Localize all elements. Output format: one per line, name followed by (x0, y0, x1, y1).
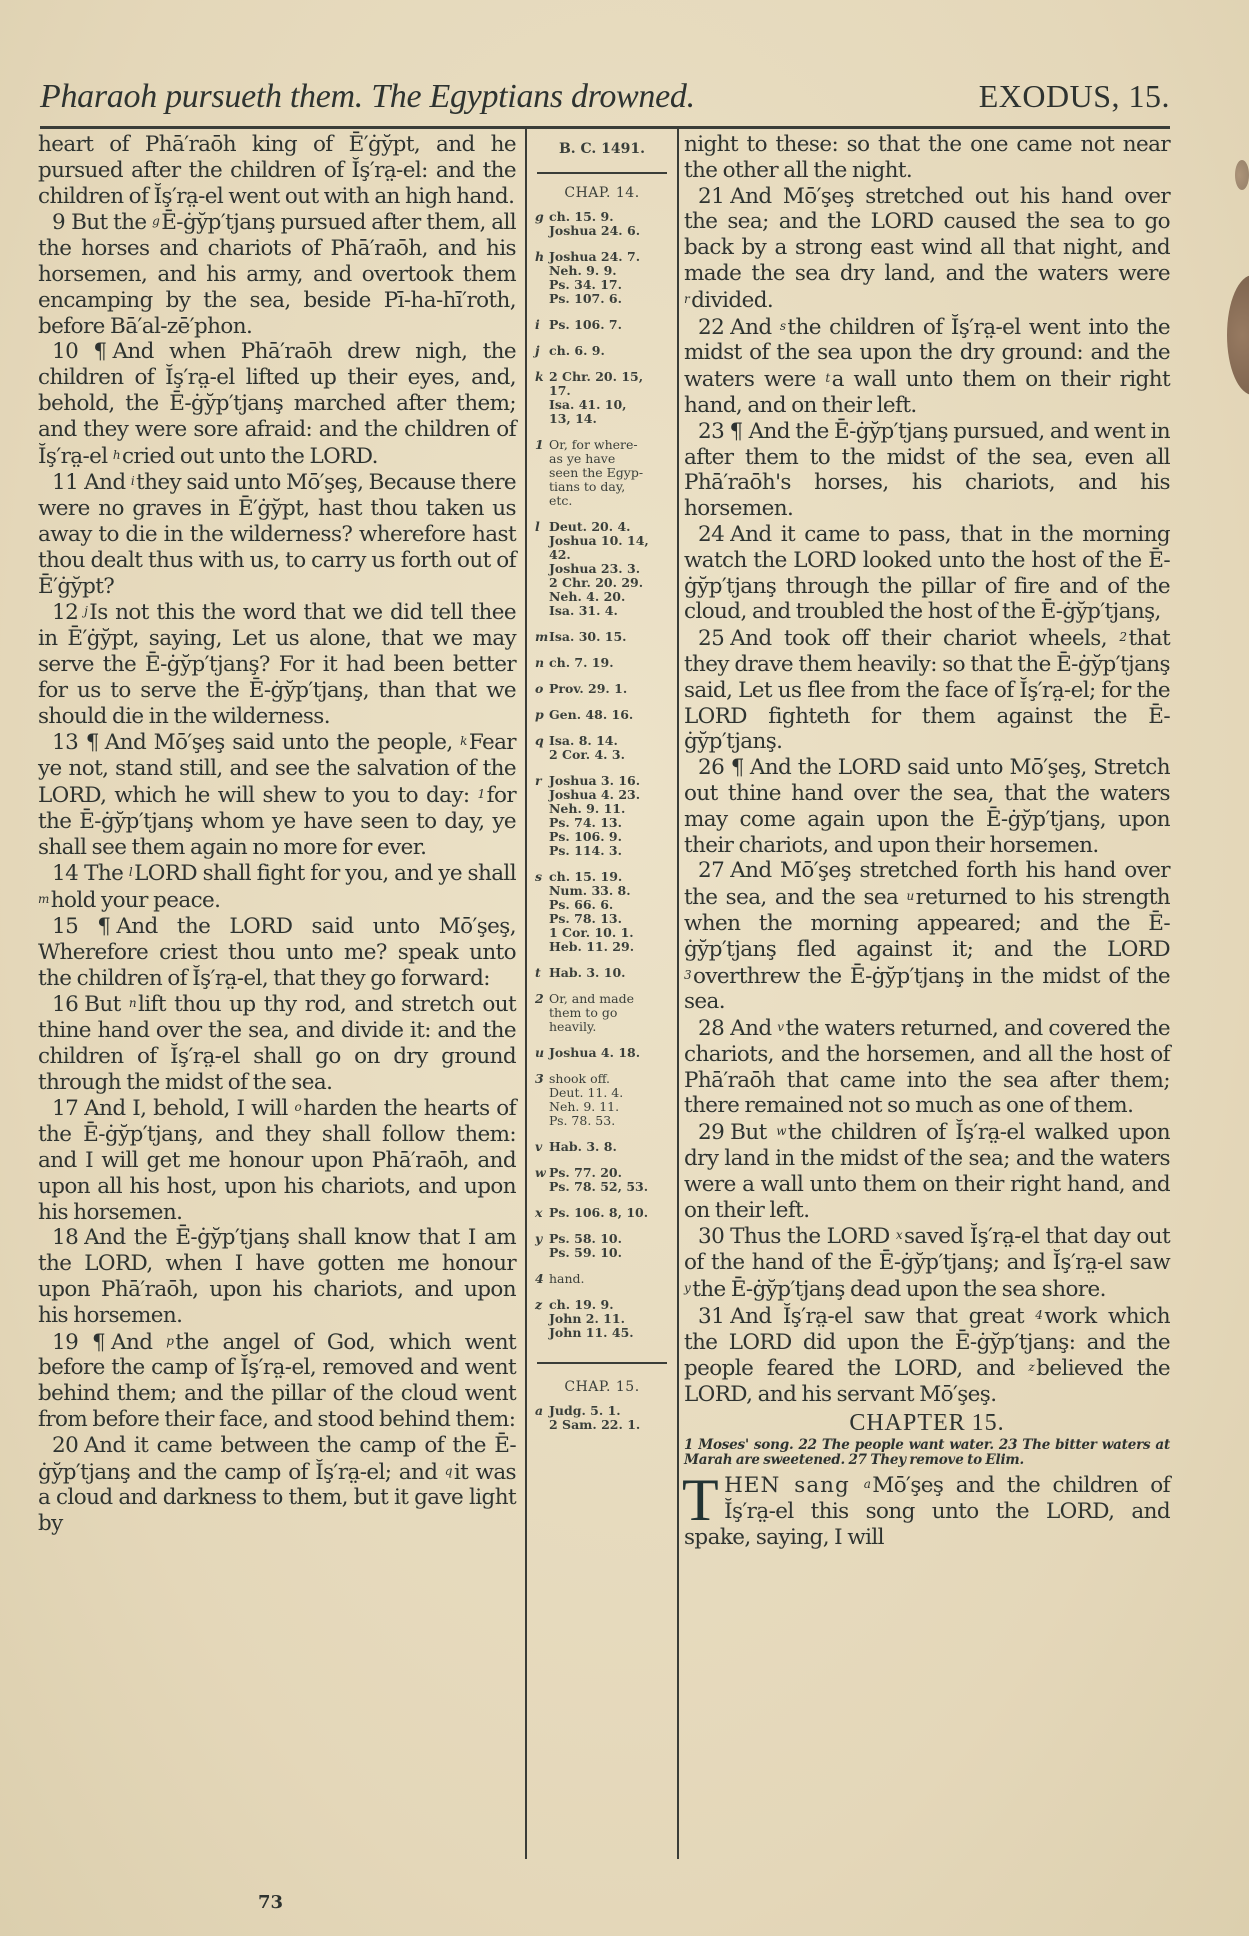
verse-number: 31 (698, 1304, 724, 1329)
cross-reference-entry: gch. 15. 9.Joshua 24. 6. (535, 210, 675, 238)
verse-number: 19 ¶ (52, 1330, 105, 1355)
drop-cap: T (682, 1476, 718, 1524)
cross-reference-entry: wPs. 77. 20.Ps. 78. 52, 53. (535, 1166, 675, 1194)
cross-reference-entry: nch. 7. 19. (535, 656, 675, 670)
verse-26: 26 ¶And the LORD said unto Mō′şeş, Stret… (684, 755, 1170, 858)
marginal-note-mark: 3 (684, 968, 691, 982)
reference-mark: r (535, 774, 549, 858)
verse-number: 22 (698, 315, 724, 340)
reference-line: John 11. 45. (549, 1326, 634, 1340)
verse-text: And Ĭş′ra̤-el saw that great (730, 1304, 1024, 1329)
cross-reference-entry: oProv. 29. 1. (535, 682, 675, 696)
reference-mark: n (535, 656, 549, 670)
verse-19: 19 ¶And pthe angel of God, which went be… (38, 1329, 516, 1433)
reference-line: Neh. 9. 11. (549, 1100, 623, 1114)
reference-line: Gen. 48. 16. (549, 708, 633, 722)
reference-line: Ps. 59. 10. (549, 1246, 622, 1260)
verse-13: 13 ¶And Mō′şeş said unto the people, kFe… (38, 729, 516, 860)
cross-reference-entry: sch. 15. 19.Num. 33. 8.Ps. 66. 6.Ps. 78.… (535, 870, 675, 954)
cross-reference-entry: k2 Chr. 20. 15,17.Isa. 41. 10,13, 14. (535, 370, 675, 426)
verse-number: 17 (52, 1096, 78, 1121)
verse-9: 9But the gĒ-ġy̆p′tjanş pursued after the… (38, 209, 516, 339)
reference-line: Ps. 106. 9. (549, 830, 640, 844)
reference-mark: t (825, 371, 829, 385)
verse-12: 12jIs not this the word that we did tell… (38, 599, 516, 729)
reference-line: ch. 7. 19. (549, 656, 614, 670)
verse-text: heart of Phā′raōh king of Ē′ġy̆pt, and h… (38, 132, 516, 209)
verse-25: 25And took off their chariot wheels, 2th… (684, 625, 1170, 755)
verse-text: And (730, 315, 780, 340)
reference-line: Isa. 30. 15. (549, 630, 627, 644)
reference-line: Isa. 8. 14. (549, 734, 625, 748)
verse-text: And I, behold, I will (84, 1096, 294, 1121)
cross-reference-entry: rJoshua 3. 16.Joshua 4. 23.Neh. 9. 11.Ps… (535, 774, 675, 858)
reference-line: Ps. 78. 52, 53. (549, 1180, 648, 1194)
verse-text: And the Ē-ġy̆p′tjanş pursued, and went i… (684, 419, 1170, 521)
reference-mark: g (152, 214, 159, 228)
cross-reference-entry: 3shook off.Deut. 11. 4.Neh. 9. 11.Ps. 78… (535, 1072, 675, 1128)
cross-reference-entry: uJoshua 4. 18. (535, 1046, 675, 1060)
reference-mark: n (129, 996, 136, 1010)
header-title: Pharaoh pursueth them. The Egyptians dro… (40, 78, 695, 116)
reference-mark: k (460, 734, 467, 748)
verse-text: And the LORD said unto Mō′şeş, Stretch o… (684, 755, 1170, 857)
verse-22: 22And sthe children of Ĭş′ra̤-el went in… (684, 314, 1170, 419)
reference-line: John 2. 11. (549, 1312, 634, 1326)
reference-mark: y (684, 1281, 690, 1295)
cross-reference-entry: pGen. 48. 16. (535, 708, 675, 722)
chapter-15-label: CHAP. 15. (529, 1380, 675, 1394)
verse-text: Thus the LORD (730, 1224, 896, 1249)
verse-text: And Mō′şeş said unto the people, (105, 730, 460, 755)
reference-mark: u (535, 1046, 549, 1060)
cross-reference-entry: tHab. 3. 10. (535, 966, 675, 980)
verse-number: 18 (52, 1225, 78, 1250)
cross-reference-entry: jch. 6. 9. (535, 344, 675, 358)
reference-mark: 3 (535, 1072, 549, 1128)
reference-line: heavily. (549, 1020, 634, 1034)
reference-mark: 4 (535, 1272, 549, 1286)
cross-reference-entry: 2Or, and madethem to goheavily. (535, 992, 675, 1034)
chapter-heading: CHAPTER 15. (684, 1410, 1170, 1436)
verse-text: And (84, 470, 131, 495)
reference-mark: q (445, 1464, 452, 1478)
verse-23: 23 ¶And the Ē-ġy̆p′tjanş pursued, and we… (684, 419, 1170, 522)
reference-mark: j (84, 604, 87, 618)
chapter-14-label: CHAP. 14. (529, 186, 675, 200)
right-text-column: night to these: so that the one came not… (684, 132, 1170, 1550)
divider (537, 172, 667, 174)
verse-31: 31And Ĭş′ra̤-el saw that great 4work whi… (684, 1303, 1170, 1408)
cross-reference-entry: vHab. 3. 8. (535, 1140, 675, 1154)
verse-17: 17And I, behold, I will oharden the hear… (38, 1095, 516, 1225)
reference-mark: m (38, 892, 49, 906)
verse-21: 21And Mō′şeş stretched out his hand over… (684, 184, 1170, 314)
thumb-index-tab (1227, 275, 1249, 395)
reference-line: 2 Sam. 22. 1. (549, 1418, 640, 1432)
marginal-note-mark: 1 (478, 787, 485, 801)
cross-reference-entry: aJudg. 5. 1.2 Sam. 22. 1. (535, 1404, 675, 1432)
reference-mark: r (684, 292, 689, 306)
verse-number: 16 (52, 992, 78, 1017)
reference-line: Neh. 9. 9. (549, 264, 640, 278)
verse-number: 23 ¶ (698, 419, 743, 444)
reference-mark: l (535, 520, 549, 618)
reference-mark: m (535, 630, 549, 644)
verse-20: 20And it came between the camp of the Ē-… (38, 1433, 516, 1537)
chapter-summary: 1 Moses' song. 22 The people want water.… (684, 1438, 1170, 1468)
verse-text: And the Ē-ġy̆p′tjanş shall know that I a… (38, 1225, 516, 1327)
verse-text: cried out unto the LORD. (122, 444, 378, 469)
verse-24: 24And it came to pass, that in the morni… (684, 522, 1170, 625)
reference-line: Hab. 3. 8. (549, 1140, 617, 1154)
reference-line: seen the Egyp- (549, 466, 643, 480)
reference-mark: x (896, 1228, 902, 1242)
verse-text: HEN sang (724, 1473, 864, 1498)
reference-line: ch. 15. 19. (549, 870, 634, 884)
reference-line: etc. (549, 494, 643, 508)
cross-reference-column: B. C. 1491. CHAP. 14. gch. 15. 9.Joshua … (529, 132, 675, 1444)
reference-mark: u (906, 889, 913, 903)
reference-line: Ps. 58. 10. (549, 1232, 622, 1246)
verse-15: 15 ¶And the LORD said unto Mō′şeş, Where… (38, 914, 516, 991)
left-text-column: heart of Phā′raōh king of Ē′ġy̆pt, and h… (38, 132, 516, 1537)
verse-text: And (111, 1330, 166, 1355)
verse-text: hold your peace. (51, 888, 221, 913)
verse-14: 14The lLORD shall fight for you, and ye … (38, 860, 516, 914)
reference-line: Deut. 20. 4. (549, 520, 649, 534)
reference-line: Ps. 78. 13. (549, 912, 634, 926)
marginal-note-mark: 2 (1119, 630, 1126, 644)
cross-reference-entry: hJoshua 24. 7.Neh. 9. 9.Ps. 34. 17.Ps. 1… (535, 250, 675, 306)
reference-line: Joshua 24. 6. (549, 224, 640, 238)
reference-line: Or, and made (549, 992, 634, 1006)
verse-text: The (84, 861, 129, 886)
reference-line: Deut. 11. 4. (549, 1086, 623, 1100)
reference-line: Hab. 3. 10. (549, 966, 626, 980)
reference-line: Num. 33. 8. (549, 884, 634, 898)
reference-mark: o (295, 1100, 302, 1114)
verse-text: And (730, 1016, 777, 1041)
verse-number: 11 (52, 470, 78, 495)
verse-text: LORD shall fight for you, and ye shall (134, 861, 516, 886)
verse-number: 24 (698, 522, 724, 547)
reference-line: Ps. 77. 20. (549, 1166, 648, 1180)
reference-mark: a (535, 1404, 549, 1432)
verse-number: 21 (698, 184, 724, 209)
reference-mark: v (777, 1020, 783, 1034)
verse-number: 13 ¶ (52, 730, 99, 755)
reference-mark: v (535, 1140, 549, 1154)
reference-mark: g (535, 210, 549, 238)
reference-line: Heb. 11. 29. (549, 940, 634, 954)
cross-reference-entry: lDeut. 20. 4.Joshua 10. 14,42.Joshua 23.… (535, 520, 675, 618)
cross-reference-entry: iPs. 106. 7. (535, 318, 675, 332)
reference-mark: t (535, 966, 549, 980)
reference-line: Joshua 23. 3. (549, 562, 649, 576)
reference-line: 17. (549, 384, 643, 398)
cross-reference-entry: yPs. 58. 10.Ps. 59. 10. (535, 1232, 675, 1260)
verse-20-continued: night to these: so that the one came not… (684, 132, 1170, 184)
reference-line: Ps. 114. 3. (549, 844, 640, 858)
verse-number: 15 ¶ (52, 914, 110, 939)
cross-reference-entry: qIsa. 8. 14.2 Cor. 4. 3. (535, 734, 675, 762)
verse-number: 26 ¶ (698, 755, 744, 780)
reference-line: Neh. 4. 20. (549, 590, 649, 604)
verse-text: And took off their chariot wheels, (730, 626, 1107, 651)
reference-mark: 1 (535, 438, 549, 508)
cross-reference-entry: zch. 19. 9.John 2. 11.John 11. 45. (535, 1298, 675, 1340)
reference-list-ch14: gch. 15. 9.Joshua 24. 6.hJoshua 24. 7.Ne… (529, 210, 675, 1340)
column-divider-right (677, 129, 679, 1859)
reference-line: ch. 19. 9. (549, 1298, 634, 1312)
reference-line: Or, for where- (549, 438, 643, 452)
reference-line: Ps. 107. 6. (549, 292, 640, 306)
verse-text: divided. (691, 288, 773, 313)
reference-mark: 2 (535, 992, 549, 1034)
verse-number: 30 (698, 1224, 724, 1249)
verse-number: 12 (52, 600, 78, 625)
verse-10: 10 ¶And when Phā′raōh drew nigh, the chi… (38, 339, 516, 469)
reference-line: Ps. 78. 53. (549, 1114, 623, 1128)
reference-line: Joshua 4. 23. (549, 788, 640, 802)
marginal-note-mark: 4 (1035, 1308, 1042, 1322)
reference-line: Isa. 41. 10, (549, 398, 643, 412)
verse-30: 30Thus the LORD xsaved Ĭş′ra̤-el that da… (684, 1223, 1170, 1302)
reference-mark: s (780, 319, 786, 333)
verse-text: overthrew the Ē-ġy̆p′tjanş in the midst … (684, 964, 1170, 1015)
reference-line: shook off. (549, 1072, 623, 1086)
verse-number: 10 ¶ (52, 339, 107, 364)
verse-27: 27And Mō′şeş stretched forth his hand ov… (684, 858, 1170, 1015)
reference-line: Joshua 10. 14, (549, 534, 649, 548)
reference-mark: k (535, 370, 549, 426)
verse-18: 18And the Ē-ġy̆p′tjanş shall know that I… (38, 1225, 516, 1328)
reference-mark: o (535, 682, 549, 696)
reference-line: Isa. 31. 4. (549, 604, 649, 618)
verse-29: 29But wthe children of Ĭş′ra̤-el walked … (684, 1119, 1170, 1223)
reference-mark: x (535, 1206, 549, 1220)
reference-line: 2 Cor. 4. 3. (549, 748, 625, 762)
reference-mark: p (166, 1334, 173, 1348)
verse-28: 28And vthe waters returned, and covered … (684, 1015, 1170, 1119)
cross-reference-entry: mIsa. 30. 15. (535, 630, 675, 644)
reference-line: Joshua 3. 16. (549, 774, 640, 788)
reference-line: ch. 6. 9. (549, 344, 605, 358)
reference-mark: z (1028, 1360, 1034, 1374)
verse-number: 27 (698, 858, 724, 883)
reference-line: Judg. 5. 1. (549, 1404, 640, 1418)
reference-line: as ye have (549, 452, 643, 466)
reference-mark: w (776, 1124, 786, 1138)
verse-number: 9 (52, 210, 65, 235)
reference-mark: l (129, 865, 132, 879)
reference-line: Joshua 24. 7. (549, 250, 640, 264)
reference-line: Ps. 34. 17. (549, 278, 640, 292)
reference-line: Ps. 66. 6. (549, 898, 634, 912)
divider (537, 1362, 667, 1364)
reference-line: 42. (549, 548, 649, 562)
page-number: 73 (258, 1892, 283, 1913)
reference-line: Prov. 29. 1. (549, 682, 627, 696)
reference-line: Ps. 74. 13. (549, 816, 640, 830)
header-book-chapter: EXODUS, 15. (979, 78, 1170, 115)
verse-16: 16But nlift thou up thy rod, and stretch… (38, 991, 516, 1095)
verse-text: the Ē-ġy̆p′tjanş dead upon the sea shore… (692, 1277, 1106, 1302)
chapter-15-verse-1: THEN sang aMō′şeş and the children of Ĭş… (684, 1472, 1170, 1550)
reference-mark: h (535, 250, 549, 306)
cross-reference-entry: 4hand. (535, 1272, 675, 1286)
reference-mark: w (535, 1166, 549, 1194)
reference-line: 2 Chr. 20. 29. (549, 576, 649, 590)
header-rule (40, 126, 1170, 129)
reference-line: hand. (549, 1272, 585, 1286)
verse-8-continued: heart of Phā′raōh king of Ē′ġy̆pt, and h… (38, 132, 516, 209)
verse-number: 20 (52, 1433, 78, 1458)
reference-list-ch15: aJudg. 5. 1.2 Sam. 22. 1. (529, 1404, 675, 1432)
reference-line: Neh. 9. 11. (549, 802, 640, 816)
reference-line: 13, 14. (549, 412, 643, 426)
cross-reference-entry: xPs. 106. 8, 10. (535, 1206, 675, 1220)
verse-text: And it came to pass, that in the morning… (684, 522, 1170, 624)
reference-mark: p (535, 708, 549, 722)
verse-text: But (84, 992, 129, 1017)
page-stain (1235, 160, 1249, 190)
verse-number: 25 (698, 626, 724, 651)
reference-mark: a (864, 1477, 871, 1491)
reference-line: Ps. 106. 8, 10. (549, 1206, 648, 1220)
reference-mark: j (535, 344, 549, 358)
verse-text: the angel of God, which went before the … (38, 1330, 516, 1432)
verse-number: 28 (698, 1016, 724, 1041)
column-divider-left (525, 129, 527, 1859)
verse-11: 11And ithey said unto Mō′şeş, Because th… (38, 469, 516, 599)
reference-line: Ps. 106. 7. (549, 318, 622, 332)
cross-reference-entry: 1Or, for where-as ye haveseen the Egyp-t… (535, 438, 675, 508)
date-label: B. C. 1491. (529, 142, 675, 164)
verse-text: And Mō′şeş stretched out his hand over t… (684, 184, 1170, 286)
verse-number: 29 (698, 1120, 724, 1145)
reference-line: them to go (549, 1006, 634, 1020)
reference-line: Joshua 4. 18. (549, 1046, 640, 1060)
reference-line: tians to day, (549, 480, 643, 494)
reference-mark: z (535, 1298, 549, 1340)
reference-mark: i (131, 474, 134, 488)
verse-number: 14 (52, 861, 78, 886)
running-header: Pharaoh pursueth them. The Egyptians dro… (40, 78, 1170, 122)
reference-mark: s (535, 870, 549, 954)
verse-text: Is not this the word that we did tell th… (38, 600, 516, 728)
reference-mark: y (535, 1232, 549, 1260)
reference-line: ch. 15. 9. (549, 210, 640, 224)
reference-mark: i (535, 318, 549, 332)
verse-text: But (730, 1120, 776, 1145)
verse-text: But the (71, 210, 152, 235)
reference-mark: h (113, 448, 120, 462)
reference-line: 2 Chr. 20. 15, (549, 370, 643, 384)
verse-text: night to these: so that the one came not… (684, 132, 1170, 183)
reference-mark: q (535, 734, 549, 762)
reference-line: 1 Cor. 10. 1. (549, 926, 634, 940)
